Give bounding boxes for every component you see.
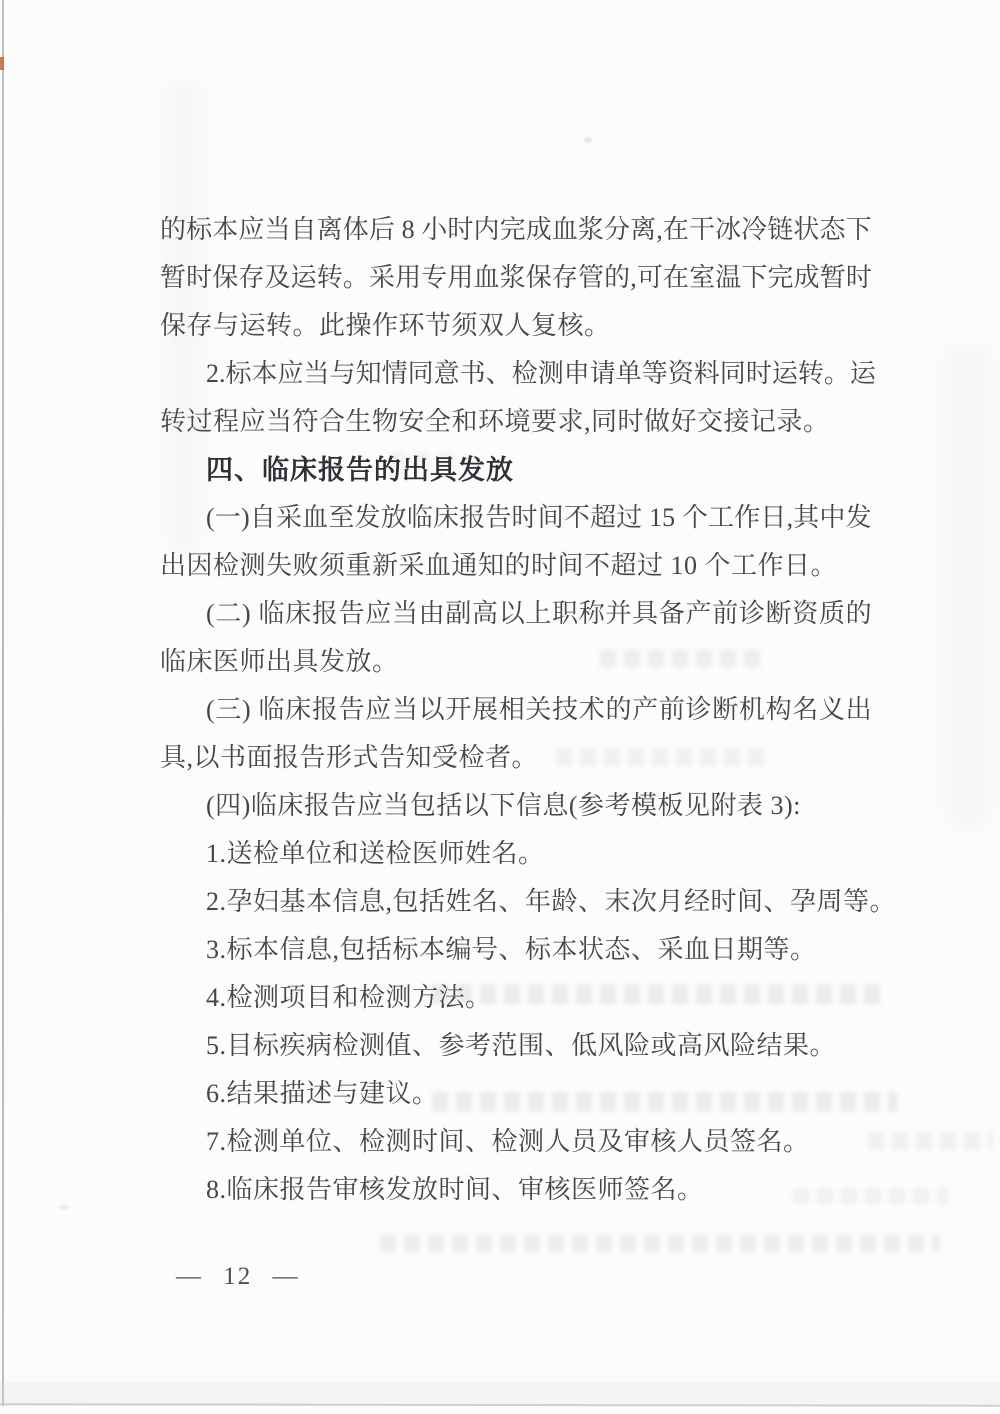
list-item: 8.临床报告审核发放时间、审核医师签名。 — [160, 1166, 872, 1214]
list-item: 6.结果描述与建议。 — [160, 1070, 872, 1118]
list-item: 3.标本信息,包括标本编号、标本状态、采血日期等。 — [160, 926, 872, 974]
list-item: 7.检测单位、检测时间、检测人员及审核人员签名。 — [160, 1118, 872, 1166]
list-item: 5.目标疾病检测值、参考范围、低风险或高风险结果。 — [160, 1022, 872, 1070]
text-line: 转过程应当符合生物安全和环境要求,同时做好交接记录。 — [160, 398, 872, 446]
text-line: 临床医师出具发放。 — [160, 638, 872, 686]
bleedthrough-smudge — [380, 1234, 940, 1252]
page-number: — 12 — — [176, 1263, 300, 1291]
scan-speck — [584, 137, 592, 143]
bleedthrough-band — [944, 345, 992, 825]
text-line: (二) 临床报告应当由副高以上职称并具备产前诊断资质的 — [160, 590, 872, 638]
document-page: 的标本应当自离体后 8 小时内完成血浆分离,在干冰冷链状态下 暂时保存及运转。采… — [0, 0, 1000, 1414]
list-item: 2.孕妇基本信息,包括姓名、年龄、末次月经时间、孕周等。 — [160, 878, 872, 926]
text-line: 2.标本应当与知情同意书、检测申请单等资料同时运转。运 — [160, 350, 872, 398]
text-line: 出因检测失败须重新采血通知的时间不超过 10 个工作日。 — [160, 542, 872, 590]
list-item: 1.送检单位和送检医师姓名。 — [160, 830, 872, 878]
text-line: 具,以书面报告形式告知受检者。 — [160, 734, 872, 782]
text-line: 暂时保存及运转。采用专用血浆保存管的,可在室温下完成暂时 — [160, 254, 872, 302]
list-item: 4.检测项目和检测方法。 — [160, 974, 872, 1022]
text-line: 保存与运转。此操作环节须双人复核。 — [160, 302, 872, 350]
text-line: (一)自采血至发放临床报告时间不超过 15 个工作日,其中发 — [160, 494, 872, 542]
text-line: (三) 临床报告应当以开展相关技术的产前诊断机构名义出 — [160, 686, 872, 734]
scan-left-edge-line — [2, 0, 4, 1406]
text-line: 的标本应当自离体后 8 小时内完成血浆分离,在干冰冷链状态下 — [160, 206, 872, 254]
text-line: (四)临床报告应当包括以下信息(参考模板见附表 3): — [160, 782, 872, 830]
bleedthrough-smudge — [868, 1132, 993, 1150]
scan-bottom-band — [0, 1382, 1000, 1405]
scan-orange-tick — [0, 57, 4, 70]
scan-speck — [60, 1205, 68, 1210]
section-heading: 四、临床报告的出具发放 — [160, 446, 872, 494]
scan-bottom-edge-line — [0, 1403, 1000, 1406]
